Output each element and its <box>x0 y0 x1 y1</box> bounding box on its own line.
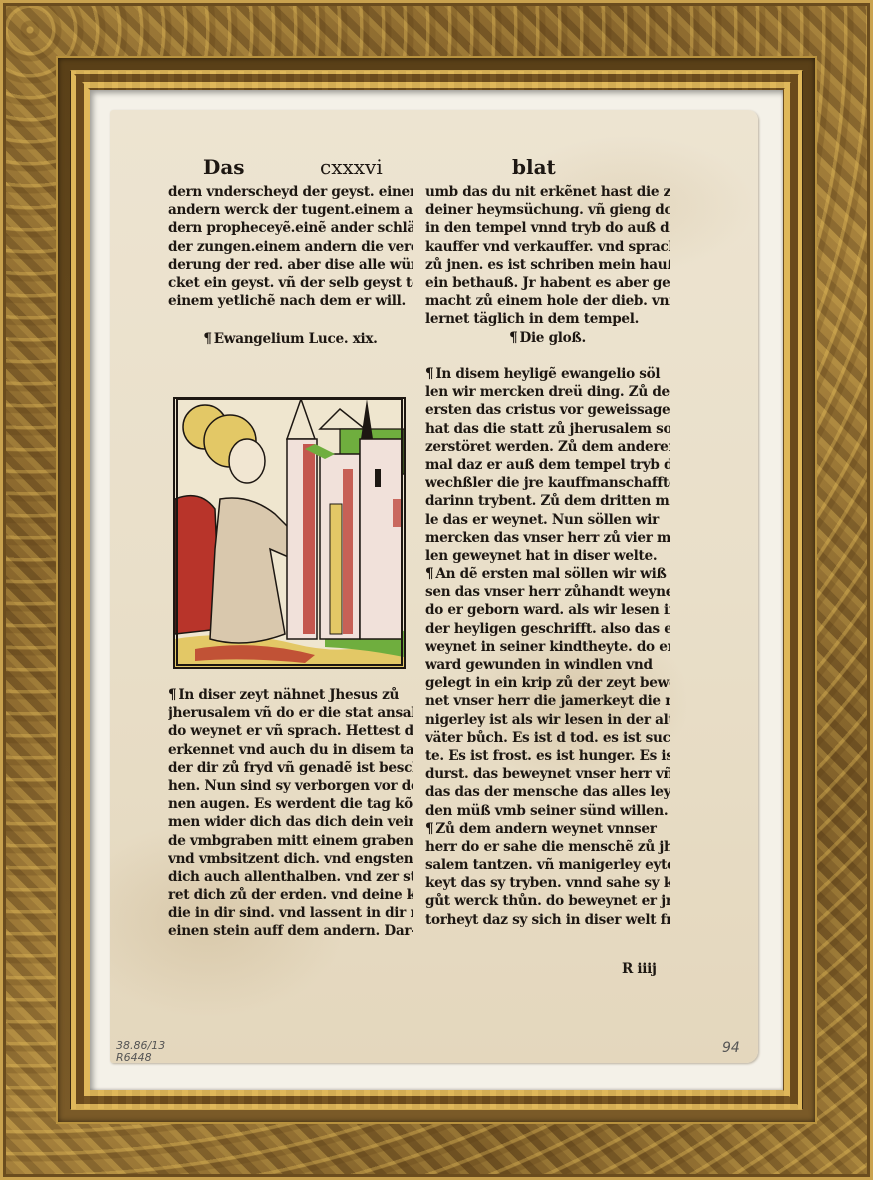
hand-colored-woodcut <box>173 397 406 669</box>
text-line: einem yetlichẽ nach dem er will. <box>168 292 413 310</box>
text-line: kauffer vnd verkauffer. vnd sprach <box>425 238 670 256</box>
text-line: de vmbgraben mitt einem graben <box>168 832 413 850</box>
text-line: do er geborn ward. als wir lesen in <box>425 601 670 619</box>
text-line: jherusalem vñ do er die stat ansahe <box>168 704 413 722</box>
text-line: macht zů einem hole der dieb. vnnd <box>425 292 670 310</box>
text-line: das das der mensche das alles ley- <box>425 783 670 801</box>
text-line: salem tantzen. vñ manigerley eytel- <box>425 856 670 874</box>
text-line: do weynet er vñ sprach. Hettest du <box>168 722 413 740</box>
woodcut-christ-weeping-icon <box>175 399 404 667</box>
text-line: wechßler die jre kauffmanschaffte <box>425 474 670 492</box>
text-line: men wider dich das dich dein vein <box>168 813 413 831</box>
text-line: dern propheceyẽ.einẽ ander schlächt <box>168 219 413 237</box>
pilcrow-icon: ¶ <box>425 366 433 382</box>
pilcrow-icon: ¶ <box>425 821 433 837</box>
pencil-folio-number: 94 <box>722 1042 740 1054</box>
text-line: zerstöret werden. Zů dem anderen <box>425 438 670 456</box>
text-line: mercken das vnser herr zů vier ma- <box>425 529 670 547</box>
text-line: sen das vnser herr zůhandt weynet <box>425 583 670 601</box>
text-line: torheyt daz sy sich in diser welt freü <box>425 911 670 929</box>
text-line: le das er weynet. Nun söllen wir <box>425 511 670 529</box>
text-line: ein bethauß. Jr habent es aber ge- <box>425 274 670 292</box>
text-line: len wir mercken dreü ding. Zů dem <box>425 383 670 401</box>
text-line: hat das die statt zů jherusalem solt <box>425 420 670 438</box>
accession-number: 38.86/13 R6448 <box>116 1040 165 1064</box>
text-line: cket ein geyst. vñ der selb geyst teylt <box>168 274 413 292</box>
text-line: die in dir sind. vnd lassent in dir nit <box>168 904 413 922</box>
text-line: väter bůch. Es ist d tod. es ist such- <box>425 729 670 747</box>
header-left: Das <box>203 155 245 179</box>
text-line: lernet täglich in dem tempel. <box>425 310 670 328</box>
text-line: dern vnderscheyd der geyst. einem <box>168 183 413 201</box>
right-column-gloss: ¶In disem heyligẽ ewangelio söl len wir … <box>425 365 670 929</box>
text-line: mal daz er auß dem tempel tryb die <box>425 456 670 474</box>
right-column-top: umb das du nit erkẽnet hast die zeyt dei… <box>425 183 670 347</box>
signature-mark: R iiij <box>622 960 657 978</box>
pilcrow-icon: ¶ <box>168 687 176 703</box>
text-line: in den tempel vnnd tryb do auß die <box>425 219 670 237</box>
text-line: vnd vmbsitzent dich. vnd engstent <box>168 850 413 868</box>
pilcrow-icon: ¶ <box>509 330 517 346</box>
text-line: der dir zů fryd vñ genadẽ ist besche <box>168 759 413 777</box>
text-line: derung der red. aber dise alle wür- <box>168 256 413 274</box>
text-line: len geweynet hat in diser welte. <box>425 547 670 565</box>
text-line: herr do er sahe die menschẽ zů jheru- <box>425 838 670 856</box>
text-line: umb das du nit erkẽnet hast die zeyt <box>425 183 670 201</box>
text-line: ersten das cristus vor geweissaget <box>425 401 670 419</box>
text-line: In disem heyligẽ ewangelio söl <box>435 366 660 382</box>
text-line: durst. das beweynet vnser herr vñ <box>425 765 670 783</box>
text-line: andern werck der tugent.einem an <box>168 201 413 219</box>
accession-line-2: R6448 <box>116 1052 165 1064</box>
text-line: keyt das sy tryben. vnnd sahe sy kein <box>425 874 670 892</box>
text-line: zů jnen. es ist schriben mein hauß ist <box>425 256 670 274</box>
text-line: net vnser herr die jamerkeyt die ma- <box>425 692 670 710</box>
text-line: weynet in seiner kindtheyte. do er <box>425 638 670 656</box>
text-line: der zungen.einem andern die veren <box>168 238 413 256</box>
text-line: An dẽ ersten mal söllen wir wiß <box>435 566 666 582</box>
text-line: te. Es ist frost. es ist hunger. Es ist <box>425 747 670 765</box>
pilcrow-icon: ¶ <box>203 331 211 347</box>
text-line: einen stein auff dem andern. Dar- <box>168 922 413 940</box>
left-rubric: ¶Ewangelium Luce. xix. <box>168 330 413 348</box>
text-line: den müß vmb seiner sünd willen. <box>425 802 670 820</box>
left-column-bottom: ¶In diser zeyt nähnet Jhesus zů jherusal… <box>168 686 413 941</box>
text-line: erkennet vnd auch du in disem tag <box>168 741 413 759</box>
text-line: In diser zeyt nähnet Jhesus zů <box>178 687 399 703</box>
left-column-top: dern vnderscheyd der geyst. einem andern… <box>168 183 413 310</box>
header-folio-number: cxxxvi <box>320 155 383 179</box>
text-line: nigerley ist als wir lesen in der alt- <box>425 711 670 729</box>
pilcrow-icon: ¶ <box>425 566 433 582</box>
text-line: der heyligen geschrifft. also das er <box>425 620 670 638</box>
header-right: blat <box>512 155 556 179</box>
text-line: deiner heymsüchung. vñ gieng do <box>425 201 670 219</box>
text-line: nen augen. Es werdent die tag kõ- <box>168 795 413 813</box>
text-line: ret dich zů der erden. vnd deine kind <box>168 886 413 904</box>
text-line: dich auch allenthalben. vnd zer stö- <box>168 868 413 886</box>
rubric-gloss-title: Die gloß. <box>519 330 585 346</box>
text-line: darinn trybent. Zů dem dritten ma <box>425 492 670 510</box>
text-line: gůt werck thůn. do beweynet er jr <box>425 892 670 910</box>
text-line: gelegt in ein krip zů der zeyt bewey- <box>425 674 670 692</box>
text-line: hen. Nun sind sy verborgen vor dei <box>168 777 413 795</box>
text-line: ward gewunden in windlen vnd <box>425 656 670 674</box>
rubric-gospel-title: Ewangelium Luce. xix. <box>214 331 378 347</box>
text-line: Zů dem andern weynet vnnser <box>435 821 656 837</box>
